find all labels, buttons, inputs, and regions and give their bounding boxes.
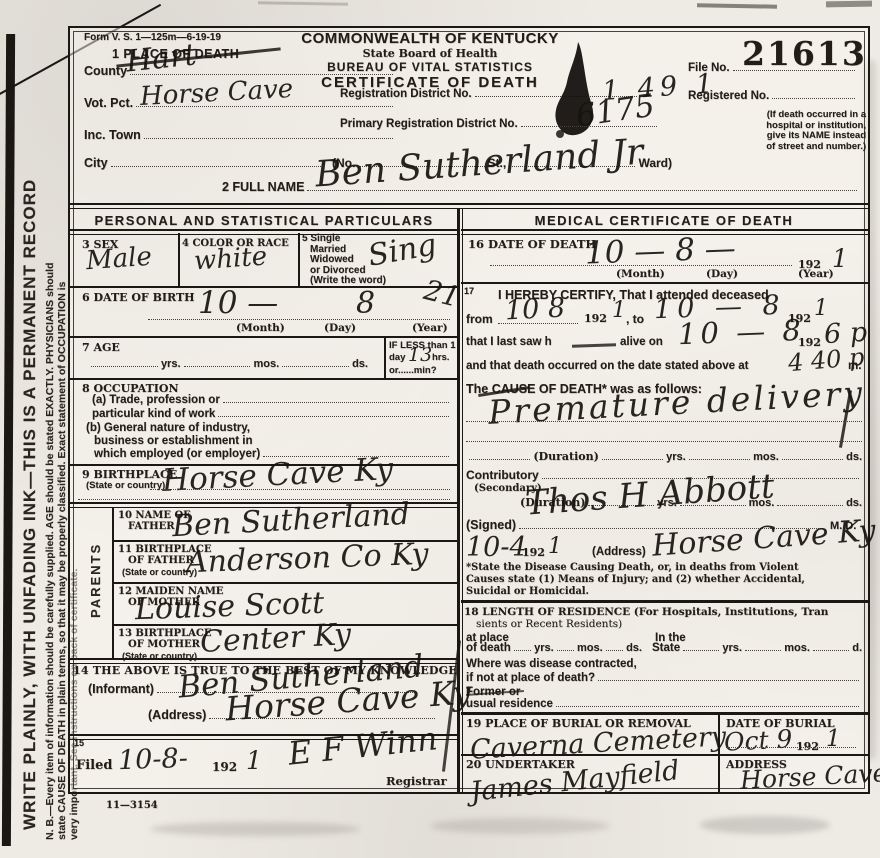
registration-district-label: Registration District No. bbox=[340, 88, 472, 100]
margin-note-line: state CAUSE OF DEATH in plain terms, so … bbox=[56, 282, 68, 840]
mos-label: mos. bbox=[577, 642, 603, 654]
mos-label: mos. bbox=[253, 358, 279, 370]
registered-no-label: Registered No. bbox=[688, 90, 769, 102]
hospital-note-line: (If death occurred in a bbox=[700, 110, 866, 121]
contracted-label: Where was disease contracted, bbox=[466, 658, 637, 670]
hospital-note-line: of street and number.) bbox=[700, 142, 866, 153]
dod-year-handwriting: 1 bbox=[832, 246, 848, 271]
address-label: (Address) bbox=[592, 546, 646, 558]
dotted-line bbox=[745, 650, 781, 651]
ds-label: ds. bbox=[846, 451, 862, 463]
year-label: (Year) bbox=[412, 322, 448, 334]
dotted-line bbox=[556, 706, 859, 707]
month-label: (Month) bbox=[236, 322, 285, 334]
cell-divider bbox=[178, 233, 180, 286]
usual-residence-row: usual residence bbox=[466, 698, 862, 710]
from-label: from bbox=[466, 312, 493, 326]
heavy-rule bbox=[461, 600, 868, 603]
day-label: (Day) bbox=[706, 268, 738, 280]
heavy-rule bbox=[461, 712, 868, 715]
dob-month-handwriting: 10 — bbox=[198, 288, 278, 319]
to-label: , to bbox=[626, 312, 644, 326]
scan-smudge bbox=[700, 816, 830, 834]
father-birthplace-label2: OF FATHER bbox=[128, 555, 194, 566]
date-of-death-label: 16 DATE OF DEATH bbox=[468, 237, 596, 251]
cell-divider bbox=[384, 336, 386, 378]
mos-label: mos. bbox=[753, 451, 779, 463]
county-label: County bbox=[84, 64, 127, 78]
if-not-row: if not at place of death? bbox=[466, 672, 862, 684]
of-death-label: of death bbox=[466, 642, 511, 654]
father-name-label2: FATHER bbox=[128, 521, 175, 532]
usual-residence-label: usual residence bbox=[466, 698, 553, 710]
ds-label: ds. bbox=[846, 497, 862, 509]
residence-label2: sients or Recent Residents) bbox=[476, 618, 622, 630]
dotted-line bbox=[466, 440, 862, 442]
dotted-line bbox=[282, 366, 349, 367]
scan-smudge bbox=[826, 1, 872, 8]
signed-year-handwriting: 1 bbox=[548, 536, 562, 558]
hospital-note: (If death occurred in a hospital or inst… bbox=[700, 110, 866, 152]
last-saw-label: that I last saw h bbox=[466, 336, 552, 348]
scan-edge-bar bbox=[2, 34, 15, 846]
marital-line: (Write the word) bbox=[310, 276, 386, 287]
if-less-note-line3: or......min? bbox=[389, 365, 437, 376]
plate-code: 11—3154 bbox=[106, 800, 158, 811]
mother-birthplace-value-handwriting: Center Ky bbox=[199, 620, 352, 658]
m-label: m. bbox=[848, 360, 861, 372]
filed-year-printed: 192 bbox=[212, 760, 237, 774]
dotted-line bbox=[218, 416, 449, 417]
dotted-line bbox=[813, 650, 849, 651]
file-no-row: File No. bbox=[688, 62, 858, 74]
row-rule bbox=[461, 282, 868, 284]
item-15-number: 15 bbox=[74, 738, 84, 748]
dob-label: 6 DATE OF BIRTH bbox=[82, 291, 195, 304]
if-less-day-label: day bbox=[389, 352, 405, 363]
from-year-printed: 192 bbox=[584, 312, 607, 325]
death-occurred-label: and that death occurred on the date stat… bbox=[466, 360, 748, 372]
dotted-line bbox=[469, 459, 530, 460]
scan-smudge bbox=[150, 822, 360, 836]
dotted-line bbox=[557, 650, 574, 651]
vot-pct-value-handwriting: Horse Cave bbox=[139, 76, 293, 110]
cell-divider bbox=[298, 233, 300, 286]
dotted-line bbox=[598, 680, 859, 681]
primary-registration-label: Primary Registration District No. bbox=[340, 118, 518, 130]
father-birthplace-value-handwriting: Anderson Co Ky bbox=[186, 540, 429, 578]
ds-label: ds. bbox=[352, 358, 368, 370]
footnote-line3: Suicidal or Homicidal. bbox=[466, 586, 589, 597]
city-label: City bbox=[84, 156, 108, 170]
signed-date-handwriting: 10-4 bbox=[466, 534, 527, 561]
mother-birthplace-label: 13 BIRTHPLACE bbox=[118, 628, 211, 639]
residence-in-state-row: State yrs. mos. d. bbox=[652, 642, 862, 654]
dotted-line bbox=[733, 70, 855, 71]
dotted-line bbox=[184, 366, 251, 367]
registrar-label: Registrar bbox=[386, 774, 447, 788]
yrs-label: yrs. bbox=[161, 358, 181, 370]
mother-birthplace-label2: OF MOTHER bbox=[128, 639, 200, 650]
dotted-line bbox=[514, 650, 531, 651]
medical-section-title: MEDICAL CERTIFICATE OF DEATH bbox=[464, 213, 864, 228]
row-rule bbox=[461, 754, 868, 756]
if-not-label: if not at place of death? bbox=[466, 672, 595, 684]
dotted-line bbox=[150, 488, 450, 490]
death-certificate-scan: WRITE PLAINLY, WITH UNFADING INK—THIS IS… bbox=[0, 0, 880, 858]
age-label: 7 AGE bbox=[82, 341, 120, 354]
hrs-label: hrs. bbox=[432, 352, 449, 363]
footnote-line2: Causes state (1) Means of Injury; and (2… bbox=[466, 574, 805, 585]
footnote-line1: *State the Disease Causing Death, or, in… bbox=[466, 562, 798, 573]
age-hours-handwriting: 13 bbox=[408, 346, 432, 365]
occupation-b2: business or establishment in bbox=[94, 435, 252, 447]
year-label: (Year) bbox=[798, 268, 834, 280]
row-rule bbox=[112, 582, 458, 584]
dotted-line bbox=[777, 505, 843, 506]
contributory-label: Contributory bbox=[466, 468, 539, 482]
row-rule bbox=[70, 336, 458, 338]
dob-day-handwriting: 8 bbox=[356, 289, 375, 319]
undertaker-address-handwriting: Horse Cave bbox=[739, 760, 880, 793]
informant-address-label: (Address) bbox=[148, 708, 206, 722]
margin-note-line: N. B.—Every item of information should b… bbox=[44, 263, 56, 840]
dotted-line bbox=[683, 650, 719, 651]
dotted-line bbox=[606, 650, 623, 651]
yrs-label: yrs. bbox=[666, 451, 686, 463]
occupation-a2-row: particular kind of work bbox=[92, 408, 452, 420]
dotted-line bbox=[782, 459, 843, 460]
dotted-line bbox=[726, 746, 856, 748]
d-label: d. bbox=[852, 642, 862, 654]
commonwealth-title: COMMONWEALTH OF KENTUCKY bbox=[290, 30, 570, 47]
dotted-line bbox=[772, 98, 855, 99]
filed-year-handwriting: 1 bbox=[246, 748, 262, 773]
dotted-line bbox=[490, 264, 792, 266]
dotted-line bbox=[91, 366, 158, 367]
from-year-handwriting: 1 bbox=[612, 300, 626, 322]
bureau-subtitle: BUREAU OF VITAL STATISTICS bbox=[290, 60, 570, 74]
occupation-a1-row: (a) Trade, profession or bbox=[92, 394, 452, 406]
inc-town-label: Inc. Town bbox=[84, 128, 141, 142]
scan-smudge bbox=[258, 1, 348, 6]
occupation-b1: (b) General nature of industry, bbox=[86, 422, 250, 434]
occupation-a1: (a) Trade, profession or bbox=[92, 394, 220, 406]
filed-date-handwriting: 10-8- bbox=[118, 745, 189, 774]
signed-label: (Signed) bbox=[466, 518, 516, 532]
color-race-value-handwriting: white bbox=[193, 243, 268, 274]
row-rule bbox=[70, 378, 458, 380]
dotted-line bbox=[144, 138, 393, 139]
last-saw-date-handwriting: 10 — 8 bbox=[678, 316, 806, 349]
age-units-row: yrs. mos. ds. bbox=[88, 358, 368, 370]
filed-label: Filed bbox=[76, 758, 112, 773]
occupation-a2: particular kind of work bbox=[92, 408, 215, 420]
dotted-line bbox=[148, 318, 450, 320]
inc-town-row: Inc. Town bbox=[84, 128, 396, 142]
city-row: City bbox=[84, 156, 324, 170]
duration-row: (Duration) yrs. mos. ds. bbox=[466, 450, 862, 463]
alive-on-label: alive on bbox=[620, 336, 663, 348]
margin-headline: WRITE PLAINLY, WITH UNFADING INK—THIS IS… bbox=[20, 179, 40, 830]
day-label: (Day) bbox=[324, 322, 356, 334]
section-divider-rule bbox=[70, 203, 868, 209]
file-no-label: File No. bbox=[688, 62, 730, 74]
registered-no-row: Registered No. bbox=[688, 90, 858, 102]
scan-smudge bbox=[697, 3, 777, 8]
scan-smudge bbox=[430, 818, 610, 834]
dotted-line bbox=[602, 459, 663, 460]
sex-value-handwriting: Male bbox=[85, 244, 152, 275]
item-17-number: 17 bbox=[464, 286, 474, 296]
yrs-label: yrs. bbox=[534, 642, 554, 654]
dotted-line bbox=[223, 402, 449, 403]
duration-label: (Duration) bbox=[533, 450, 598, 463]
dotted-line bbox=[466, 420, 862, 422]
to-year-handwriting: 1 bbox=[814, 298, 828, 320]
parents-label: PARENTS bbox=[88, 543, 103, 618]
yrs-label: yrs. bbox=[722, 642, 742, 654]
state-board-subtitle: State Board of Health bbox=[290, 47, 570, 60]
residence-label: 18 LENGTH OF RESIDENCE (For Hospitals, I… bbox=[464, 606, 828, 618]
vot-pct-label: Vot. Pct. bbox=[84, 96, 133, 110]
signed-year-printed: 192 bbox=[522, 546, 545, 559]
dob-year-handwriting: 21 bbox=[421, 276, 462, 312]
state-label: State bbox=[652, 642, 680, 654]
from-date-handwriting: 10 8 bbox=[504, 294, 565, 324]
hospital-note-line: give its NAME instead bbox=[700, 131, 866, 142]
informant-label: (Informant) bbox=[88, 682, 154, 696]
county-value-handwriting: Hart bbox=[125, 40, 198, 77]
ds-label: ds. bbox=[626, 642, 642, 654]
full-name-label: 2 FULL NAME bbox=[222, 180, 304, 194]
dotted-line bbox=[689, 459, 750, 460]
dotted-line bbox=[111, 166, 321, 167]
personal-section-title: PERSONAL AND STATISTICAL PARTICULARS bbox=[72, 213, 456, 228]
residence-at-death-row: of death yrs. mos. ds. bbox=[466, 642, 642, 654]
burial-date-handwriting: Oct 9 bbox=[723, 726, 793, 755]
month-label: (Month) bbox=[616, 268, 665, 280]
mos-label: mos. bbox=[784, 642, 810, 654]
